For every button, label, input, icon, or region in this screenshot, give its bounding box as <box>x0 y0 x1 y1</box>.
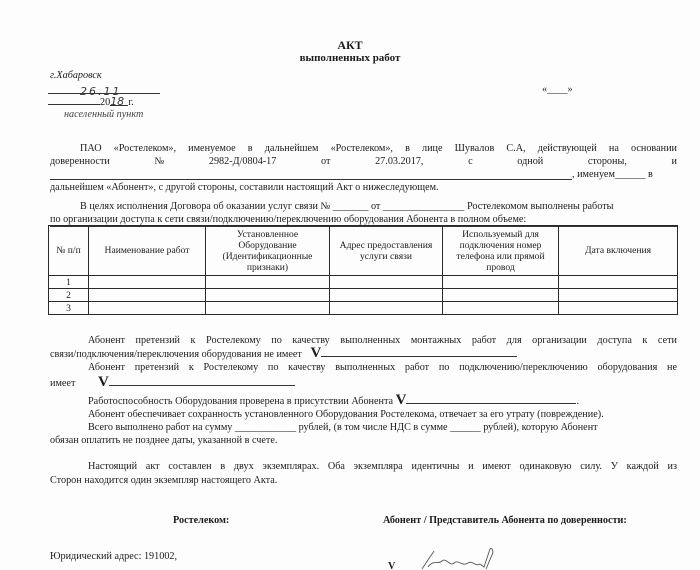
copies-line-2: Сторон находится один экземпляр настояще… <box>50 474 277 487</box>
year-line: 2018г. <box>48 94 134 109</box>
check-mark: V <box>396 392 407 408</box>
sum-line-2: обязан оплатить не позднее даты, указанн… <box>50 434 277 447</box>
subscriber-mark: V <box>388 560 395 570</box>
check-mark: V <box>98 374 109 390</box>
date-line: 26.11 <box>48 82 160 94</box>
col-equipment: Установленное Оборудование (Идентификаци… <box>206 226 330 276</box>
claims2-line-2: имеет V <box>50 375 295 390</box>
handwritten-year: 18 <box>110 95 128 106</box>
legal-address: Юридический адрес: 191002, <box>50 550 177 563</box>
parties-line-2: доверенности № 2982-Д/0804-17 от 27.03.2… <box>50 155 677 168</box>
parties-line-3-end: , именуем______ в <box>572 168 653 181</box>
col-address: Адрес предоставления услуги связи <box>330 226 443 276</box>
table-row: 1 <box>49 276 678 289</box>
place-caption: населенный пункт <box>64 108 143 121</box>
table-row: 3 <box>49 302 678 315</box>
table-row: 2 <box>49 289 678 302</box>
quote-date: «____» <box>542 83 573 96</box>
col-number: № п/п <box>49 226 89 276</box>
parties-line-1: ПАО «Ростелеком», именуемое в дальнейшем… <box>80 142 677 155</box>
handwritten-signature-icon <box>420 545 540 570</box>
equipment-check-line: Работоспособность Оборудования проверена… <box>88 393 579 408</box>
document-title: АКТ <box>0 38 700 53</box>
claims2-line-1: Абонент претензий к Ростелекому по качес… <box>88 361 677 374</box>
col-phone: Используемый для подключения номер телеф… <box>443 226 559 276</box>
city: г.Хабаровск <box>50 69 102 82</box>
custody-line: Абонент обеспечивает сохранность установ… <box>88 408 604 421</box>
subscriber-name-field <box>50 168 572 180</box>
copies-line-1: Настоящий акт составлен в двух экземпляр… <box>88 460 677 473</box>
sum-line-1: Всего выполнено работ на сумму _________… <box>88 421 598 434</box>
document-subtitle: выполненных работ <box>0 52 700 64</box>
works-table: № п/п Наименование работ Установленное О… <box>48 225 678 315</box>
check-mark: V <box>310 345 321 361</box>
parties-line-4: дальнейшем «Абонент», с другой стороны, … <box>50 181 439 194</box>
col-work-name: Наименование работ <box>89 226 206 276</box>
claims1-line-2: связи/подключения/переключения оборудова… <box>50 346 517 361</box>
contract-line-1: В целях исполнения Договора об оказании … <box>80 200 614 213</box>
col-date: Дата включения <box>559 226 678 276</box>
rostelecom-signature-title: Ростелеком: <box>173 514 229 527</box>
subscriber-signature-title: Абонент / Представитель Абонента по дове… <box>383 514 627 527</box>
table-header-row: № п/п Наименование работ Установленное О… <box>49 226 678 276</box>
